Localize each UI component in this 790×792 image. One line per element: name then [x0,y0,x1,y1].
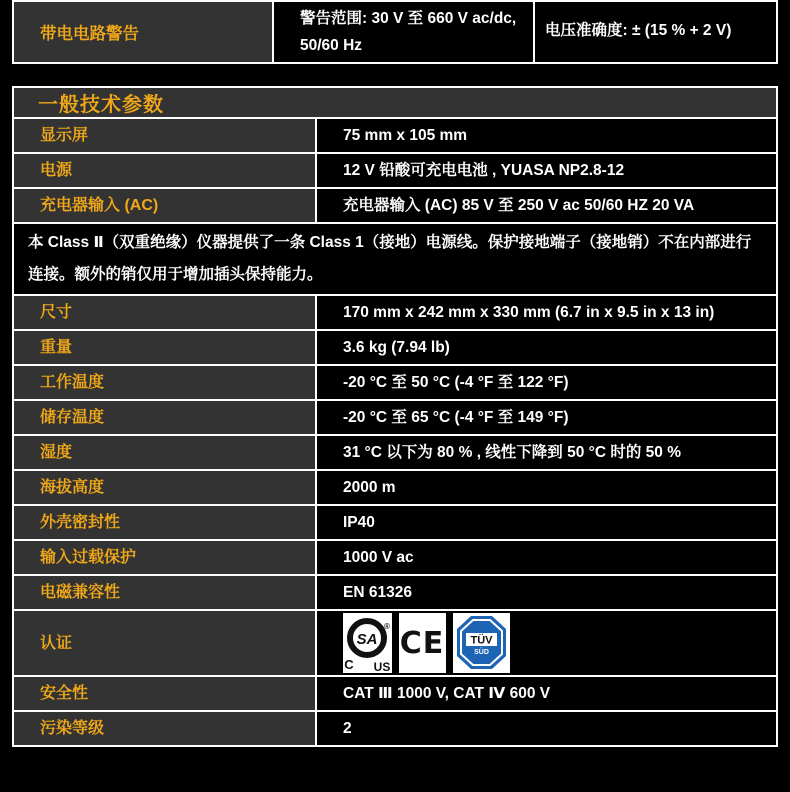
row-value: CAT Ⅲ 1000 V, CAT Ⅳ 600 V [317,677,776,710]
row-label: 输入过载保护 [14,541,317,574]
row-value: 31 °C 以下为 80 % , 线性下降到 50 °C 时的 50 % [317,436,776,469]
row-value: 12 V 铅酸可充电电池 , YUASA NP2.8-12 [317,154,776,187]
row-label: 储存温度 [14,401,317,434]
general-specs-table: 一般技术参数 显示屏 75 mm x 105 mm 电源 12 V 铅酸可充电电… [12,86,778,747]
row-label: 安全性 [14,677,317,710]
row-label: 重量 [14,331,317,364]
row-label: 电磁兼容性 [14,576,317,609]
row-value: 3.6 kg (7.94 lb) [317,331,776,364]
svg-text:®: ® [384,622,390,631]
csa-certification-logo: SA ® C US [343,613,392,673]
datasheet-page: 带电电路警告 警告范围: 30 V 至 660 V ac/dc, 50/60 H… [0,0,790,792]
table-row-certifications: 认证 SA ® C US CE [14,609,776,675]
table-row-charger-input: 充电器输入 (AC) 充电器输入 (AC) 85 V 至 250 V ac 50… [14,187,776,222]
table-row-input-overload: 输入过载保护 1000 V ac [14,539,776,574]
svg-text:CE: CE [400,626,445,661]
table-row-humidity: 湿度 31 °C 以下为 80 % , 线性下降到 50 °C 时的 50 % [14,434,776,469]
row-label: 工作温度 [14,366,317,399]
row-value: -20 °C 至 65 °C (-4 °F 至 149 °F) [317,401,776,434]
certification-logos: SA ® C US CE TÜV [317,611,776,675]
table-row-size: 尺寸 170 mm x 242 mm x 330 mm (6.7 in x 9.… [14,294,776,329]
section-title: 一般技术参数 [14,88,776,117]
row-value: 2 [317,712,776,745]
table-row-altitude: 海拔高度 2000 m [14,469,776,504]
row-value: 170 mm x 242 mm x 330 mm (6.7 in x 9.5 i… [317,296,776,329]
row-value: 1000 V ac [317,541,776,574]
table-row-storage-temp: 储存温度 -20 °C 至 65 °C (-4 °F 至 149 °F) [14,399,776,434]
table-row-weight: 重量 3.6 kg (7.94 lb) [14,329,776,364]
table-row-enclosure-sealing: 外壳密封性 IP40 [14,504,776,539]
table-row-operating-temp: 工作温度 -20 °C 至 50 °C (-4 °F 至 122 °F) [14,364,776,399]
tuv-certification-logo: TÜV SÜD [453,613,510,673]
row-label: 污染等级 [14,712,317,745]
row-label: 认证 [14,611,317,675]
row-value: -20 °C 至 50 °C (-4 °F 至 122 °F) [317,366,776,399]
row-label: 显示屏 [14,119,317,152]
svg-text:TÜV: TÜV [471,634,494,647]
warning-range-value: 警告范围: 30 V 至 660 V ac/dc, 50/60 Hz [274,2,535,62]
svg-text:SA: SA [357,631,378,648]
row-value: 75 mm x 105 mm [317,119,776,152]
row-value: EN 61326 [317,576,776,609]
row-label: 湿度 [14,436,317,469]
row-value: 2000 m [317,471,776,504]
row-label: 电源 [14,154,317,187]
row-label: 充电器输入 (AC) [14,189,317,222]
warning-label: 带电电路警告 [14,2,274,62]
live-circuit-warning-row: 带电电路警告 警告范围: 30 V 至 660 V ac/dc, 50/60 H… [12,0,778,64]
ce-certification-logo: CE [399,613,446,673]
table-row-power: 电源 12 V 铅酸可充电电池 , YUASA NP2.8-12 [14,152,776,187]
row-label: 外壳密封性 [14,506,317,539]
class-insulation-note: 本 Class Ⅱ（双重绝缘）仪器提供了一条 Class 1（接地）电源线。保护… [14,222,776,294]
svg-text:US: US [374,660,391,673]
voltage-accuracy-value: 电压准确度: ± (15 % + 2 V) [535,2,776,62]
table-row-display: 显示屏 75 mm x 105 mm [14,117,776,152]
table-row-emc: 电磁兼容性 EN 61326 [14,574,776,609]
table-row-pollution-degree: 污染等级 2 [14,710,776,745]
row-label: 海拔高度 [14,471,317,504]
svg-text:C: C [344,657,354,672]
row-label: 尺寸 [14,296,317,329]
svg-text:SÜD: SÜD [474,647,489,656]
row-value: IP40 [317,506,776,539]
row-value: 充电器输入 (AC) 85 V 至 250 V ac 50/60 HZ 20 V… [317,189,776,222]
table-row-safety: 安全性 CAT Ⅲ 1000 V, CAT Ⅳ 600 V [14,675,776,710]
